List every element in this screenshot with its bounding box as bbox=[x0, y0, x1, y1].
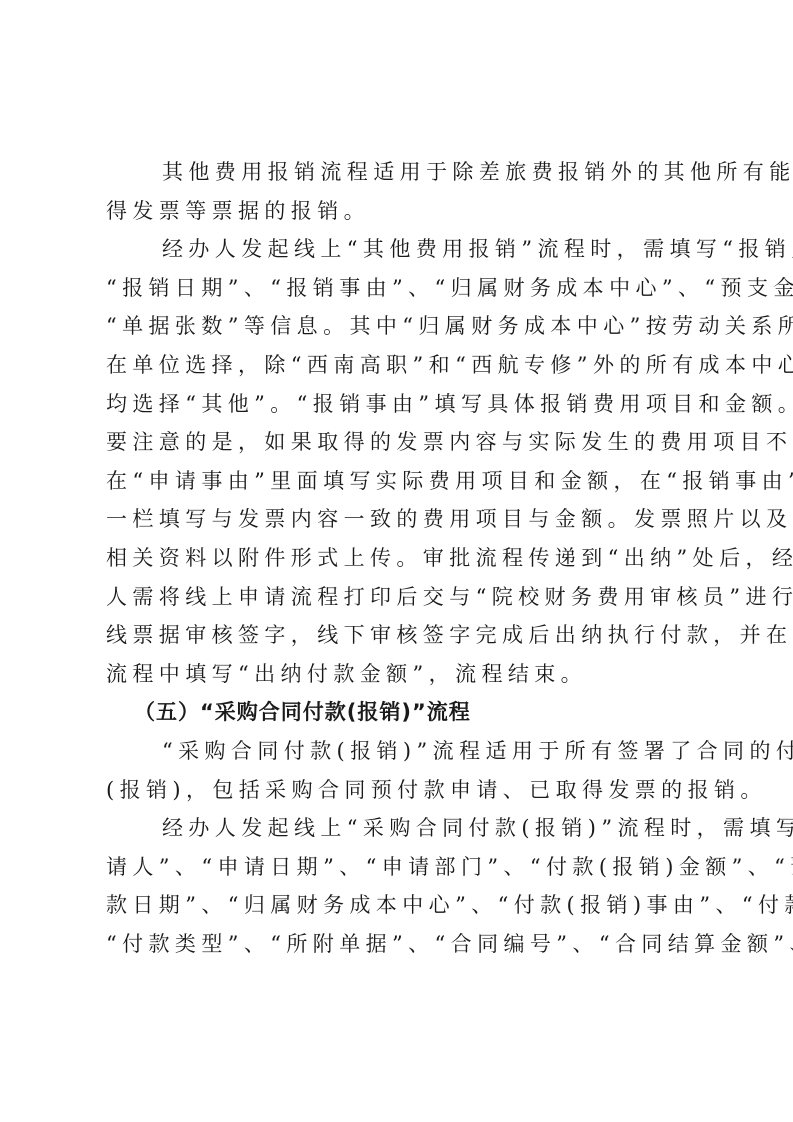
text-line: 在“申请事由”里面填写实际费用项目和金额，在“报销事由” bbox=[106, 462, 696, 501]
text-line: (报销)，包括采购合同预付款申请、已取得发票的报销。 bbox=[106, 771, 696, 810]
text-line: 相关资料以附件形式上传。审批流程传递到“出纳”处后，经办 bbox=[106, 539, 696, 578]
text-line: 线票据审核签字，线下审核签字完成后出纳执行付款，并在线上 bbox=[106, 616, 696, 655]
text-line: 一栏填写与发票内容一致的费用项目与金额。发票照片以及其他 bbox=[106, 500, 696, 539]
text-line: 在单位选择，除“西南高职”和“西航专修”外的所有成本中心 bbox=[106, 346, 696, 385]
text-line: 经办人发起线上“其他费用报销”流程时，需填写“报销人”、 bbox=[106, 230, 696, 269]
section-heading-procurement-contract-payment: （五）“采购合同付款(报销)”流程 bbox=[106, 693, 696, 732]
heading-text: （五）“采购合同付款(报销)”流程 bbox=[106, 693, 696, 732]
paragraph-other-expense-procedure: 经办人发起线上“其他费用报销”流程时，需填写“报销人”、 “报销日期”、“报销事… bbox=[106, 230, 696, 693]
text-line: 得发票等票据的报销。 bbox=[106, 192, 696, 231]
text-line: “单据张数”等信息。其中“归属财务成本中心”按劳动关系所 bbox=[106, 307, 696, 346]
text-line: 其他费用报销流程适用于除差旅费报销外的其他所有能取 bbox=[106, 153, 696, 192]
text-line: 请人”、“申请日期”、“申请部门”、“付款(报销)金额”、“预计付 bbox=[106, 848, 696, 887]
text-line: 均选择“其他”。“报销事由”填写具体报销费用项目和金额。需 bbox=[106, 385, 696, 424]
text-line: 人需将线上申请流程打印后交与“院校财务费用审核员”进行下 bbox=[106, 578, 696, 617]
text-line: “报销日期”、“报销事由”、“归属财务成本中心”、“预支金额” bbox=[106, 269, 696, 308]
paragraph-procurement-procedure: 经办人发起线上“采购合同付款(报销)”流程时，需填写“申 请人”、“申请日期”、… bbox=[106, 809, 696, 963]
text-line: 流程中填写“出纳付款金额”，流程结束。 bbox=[106, 655, 696, 694]
paragraph-procurement-scope: “采购合同付款(报销)”流程适用于所有签署了合同的付款 (报销)，包括采购合同预… bbox=[106, 732, 696, 809]
text-line: “采购合同付款(报销)”流程适用于所有签署了合同的付款 bbox=[106, 732, 696, 771]
document-page: 其他费用报销流程适用于除差旅费报销外的其他所有能取 得发票等票据的报销。 经办人… bbox=[106, 153, 696, 963]
paragraph-other-expense-scope: 其他费用报销流程适用于除差旅费报销外的其他所有能取 得发票等票据的报销。 bbox=[106, 153, 696, 230]
text-line: “付款类型”、“所附单据”、“合同编号”、“合同结算金额”、“累 bbox=[106, 925, 696, 964]
text-line: 要注意的是，如果取得的发票内容与实际发生的费用项目不符时， bbox=[106, 423, 696, 462]
text-line: 款日期”、“归属财务成本中心”、“付款(报销)事由”、“付款方式”、 bbox=[106, 886, 696, 925]
text-line: 经办人发起线上“采购合同付款(报销)”流程时，需填写“申 bbox=[106, 809, 696, 848]
